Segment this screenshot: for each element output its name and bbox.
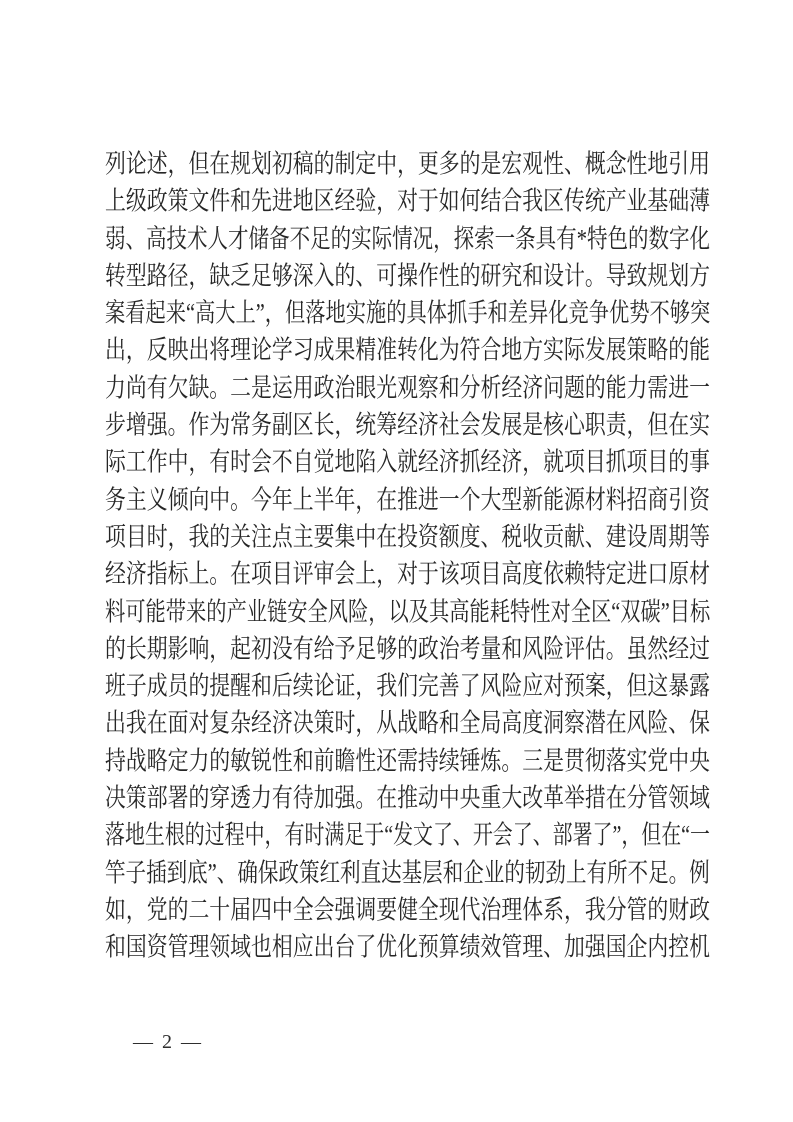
- text-line: 班子成员的提醒和后续论证，我们完善了风险应对预案，但这暴露: [105, 668, 631, 708]
- text-line: 项目时，我的关注点主要集中在投资额度、税收贡献、建设周期等: [105, 518, 631, 558]
- text-line: 持战略定力的敏锐性和前瞻性还需持续锤炼。三是贯彻落实党中央: [105, 742, 631, 782]
- text-line: 如，党的二十届四中全会强调要健全现代治理体系，我分管的财政: [105, 891, 631, 931]
- text-line: 列论述，但在规划初稿的制定中，更多的是宏观性、概念性地引用: [105, 146, 631, 186]
- document-body: 列论述，但在规划初稿的制定中，更多的是宏观性、概念性地引用 上级政策文件和先进地…: [105, 147, 710, 968]
- text-line: 出，反映出将理论学习成果精准转化为符合地方实际发展策略的能: [105, 332, 631, 372]
- text-line: 决策部署的穿透力有待加强。在推动中央重大改革举措在分管领域: [105, 780, 631, 820]
- text-line: 和国资管理领域也相应出台了优化预算绩效管理、加强国企内控机: [105, 929, 631, 969]
- text-line: 务主义倾向中。今年上半年，在推进一个大型新能源材料招商引资: [105, 481, 631, 521]
- text-line: 际工作中，有时会不自觉地陷入就经济抓经济，就项目抓项目的事: [105, 444, 631, 484]
- text-line: 落地生根的过程中，有时满足于“发文了、开会了、部署了”，但在“一: [105, 817, 608, 857]
- text-line: 出我在面对复杂经济决策时，从战略和全局高度洞察潜在风险、保: [105, 705, 631, 745]
- text-line: 转型路径，缺乏足够深入的、可操作性的研究和设计。导致规划方: [105, 257, 631, 297]
- text-line: 经济指标上。在项目评审会上，对于该项目高度依赖特定进口原材: [105, 556, 631, 596]
- text-line: 力尚有欠缺。二是运用政治眼光观察和分析经济问题的能力需进一: [105, 369, 631, 409]
- text-line: 竿子插到底”、确保政策红利直达基层和企业的韧劲上有所不足。例: [105, 854, 623, 894]
- text-line: 步增强。作为常务副区长，统筹经济社会发展是核心职责，但在实: [105, 407, 631, 447]
- text-line: 料可能带来的产业链安全风险，以及其高能耗特性对全区“双碳”目标: [105, 593, 615, 633]
- text-line: 弱、高技术人才储备不足的实际情况，探索一条具有*特色的数字化: [105, 220, 622, 260]
- document-page: 列论述，但在规划初稿的制定中，更多的是宏观性、概念性地引用 上级政策文件和先进地…: [0, 0, 793, 1122]
- text-line: 案看起来“高大上”，但落地实施的具体抓手和差异化竞争优势不够突: [105, 295, 615, 335]
- page-number: — 2 —: [133, 1031, 203, 1054]
- text-line: 的长期影响，起初没有给予足够的政治考量和风险评估。虽然经过: [105, 630, 631, 670]
- text-line: 上级政策文件和先进地区经验，对于如何结合我区传统产业基础薄: [105, 183, 631, 223]
